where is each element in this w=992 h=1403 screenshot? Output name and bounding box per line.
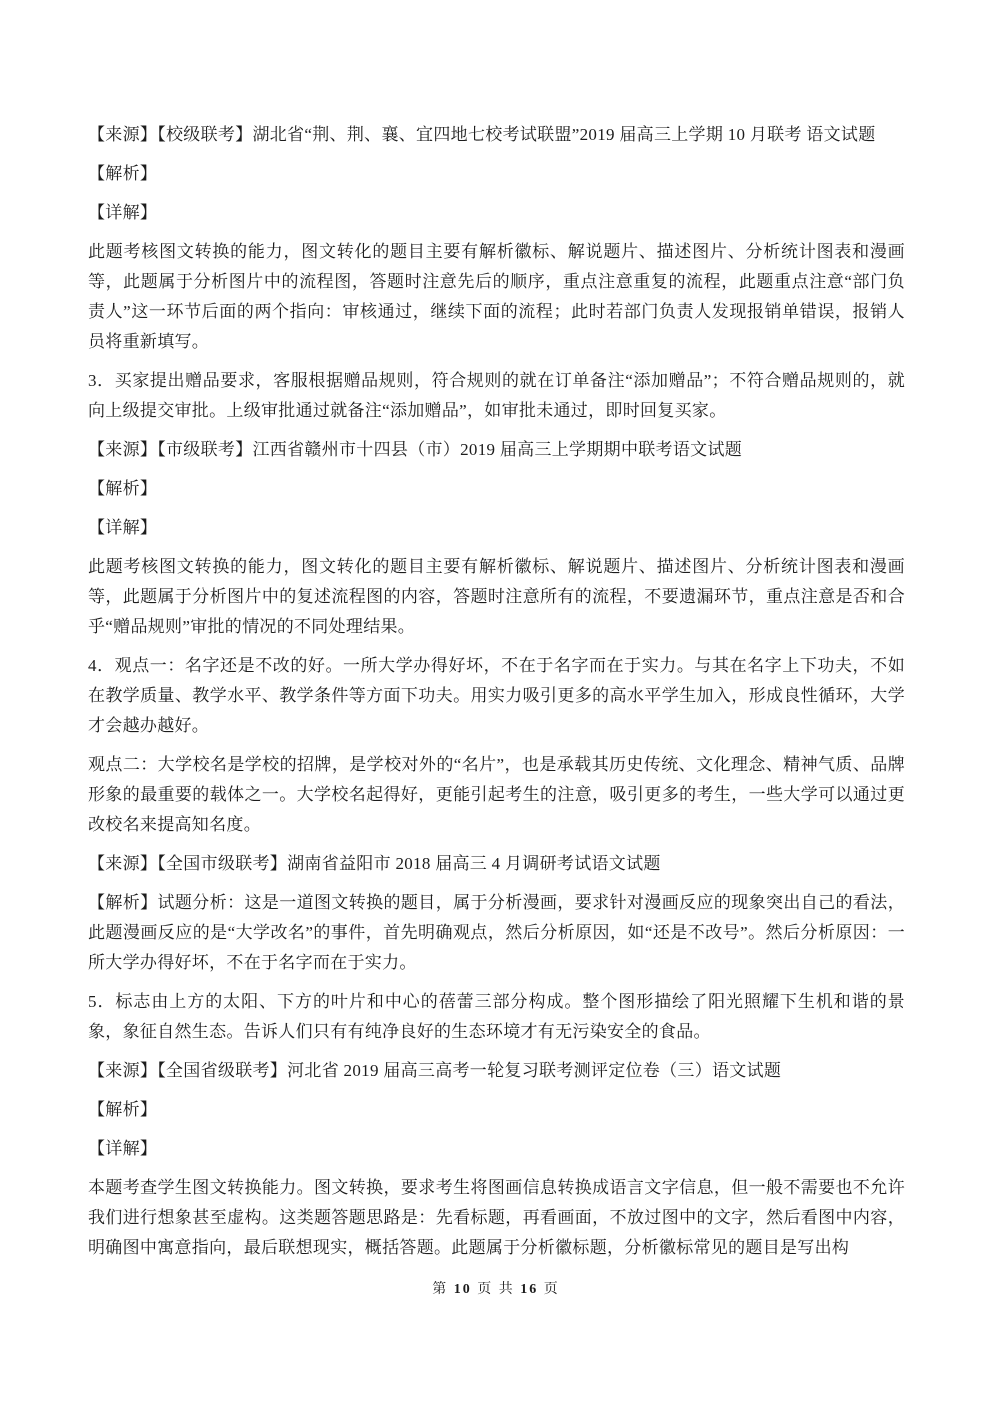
page-number: 10	[454, 1282, 472, 1297]
page-footer: 第 10 页 共 16 页	[0, 1278, 992, 1298]
footer-prefix: 第	[432, 1282, 448, 1297]
document-page: 【来源】【校级联考】湖北省“荆、荆、襄、宜四地七校考试联盟”2019 届高三上学…	[0, 0, 992, 1403]
document-body: 【来源】【校级联考】湖北省“荆、荆、襄、宜四地七校考试联盟”2019 届高三上学…	[88, 120, 905, 1272]
paragraph: 此题考核图文转换的能力，图文转化的题目主要有解析徽标、解说题片、描述图片、分析统…	[88, 552, 905, 642]
total-pages: 16	[520, 1282, 538, 1297]
footer-middle: 页 共	[477, 1282, 515, 1297]
paragraph: 【来源】【校级联考】湖北省“荆、荆、襄、宜四地七校考试联盟”2019 届高三上学…	[88, 120, 905, 150]
paragraph: 【来源】【全国市级联考】湖南省益阳市 2018 届高三 4 月调研考试语文试题	[88, 849, 905, 879]
paragraph: 【来源】【市级联考】江西省赣州市十四县（市）2019 届高三上学期期中联考语文试…	[88, 435, 905, 465]
footer-suffix: 页	[544, 1282, 560, 1297]
paragraph: 【解析】	[88, 159, 905, 189]
paragraph: 【解析】	[88, 474, 905, 504]
paragraph: 【解析】	[88, 1095, 905, 1125]
paragraph: 本题考查学生图文转换能力。图文转换，要求考生将图画信息转换成语言文字信息，但一般…	[88, 1173, 905, 1263]
paragraph: 5．标志由上方的太阳、下方的叶片和中心的蓓蕾三部分构成。整个图形描绘了阳光照耀下…	[88, 987, 905, 1047]
paragraph: 【来源】【全国省级联考】河北省 2019 届高三高考一轮复习联考测评定位卷（三）…	[88, 1056, 905, 1086]
paragraph: 观点二：大学校名是学校的招牌，是学校对外的“名片”，也是承载其历史传统、文化理念…	[88, 750, 905, 840]
paragraph: 【详解】	[88, 198, 905, 228]
paragraph: 此题考核图文转换的能力，图文转化的题目主要有解析徽标、解说题片、描述图片、分析统…	[88, 237, 905, 357]
paragraph: 【解析】试题分析：这是一道图文转换的题目，属于分析漫画，要求针对漫画反应的现象突…	[88, 888, 905, 978]
paragraph: 3．买家提出赠品要求，客服根据赠品规则，符合规则的就在订单备注“添加赠品”；不符…	[88, 366, 905, 426]
paragraph: 【详解】	[88, 513, 905, 543]
paragraph: 4．观点一：名字还是不改的好。一所大学办得好坏，不在于名字而在于实力。与其在名字…	[88, 651, 905, 741]
paragraph: 【详解】	[88, 1134, 905, 1164]
